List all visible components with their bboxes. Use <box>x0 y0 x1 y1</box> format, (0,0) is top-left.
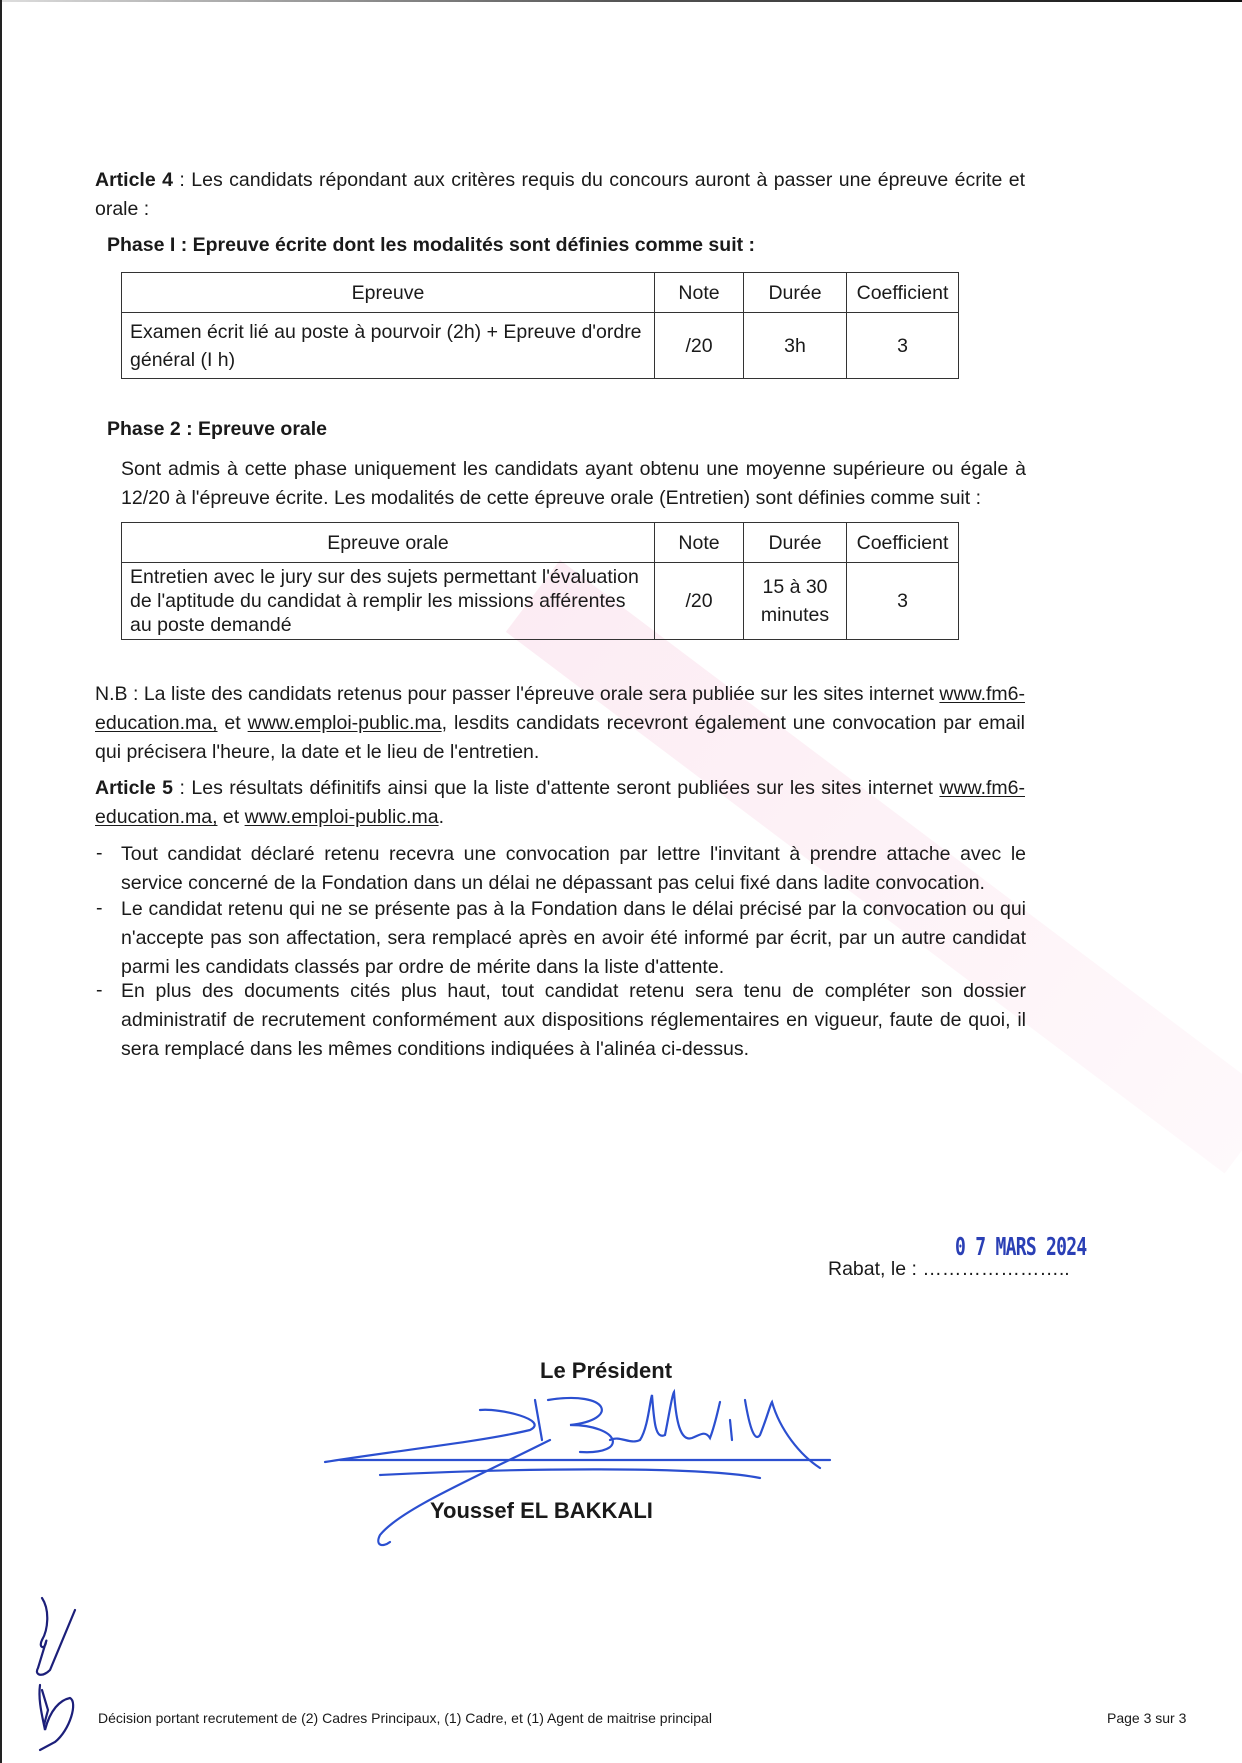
signatory-name: Youssef EL BAKKALI <box>430 1498 653 1524</box>
nb-note: N.B : La liste des candidats retenus pou… <box>95 680 1025 767</box>
table-cell: 15 à 30 minutes <box>744 563 847 640</box>
link-emploi-public[interactable]: www.emploi-public.ma <box>245 806 439 828</box>
article-4: Article 4 : Les candidats répondant aux … <box>95 166 1025 224</box>
list-item: Le candidat retenu qui ne se présente pa… <box>121 895 1026 982</box>
table-cell: Entretien avec le jury sur des sujets pe… <box>122 563 655 640</box>
table-header: Durée <box>744 523 847 563</box>
table-row: Examen écrit lié au poste à pourvoir (2h… <box>122 313 959 379</box>
signature-icon <box>320 1380 920 1560</box>
place-date-line: Rabat, le : ………………….. <box>828 1255 1070 1284</box>
bullet-marker: - <box>96 897 103 920</box>
article-5-text: : Les résultats définitifs ainsi que la … <box>173 777 939 799</box>
table-header-row: Epreuve orale Note Durée Coefficient <box>122 523 959 563</box>
bullet-marker: - <box>96 842 103 865</box>
phase-2-table: Epreuve orale Note Durée Coefficient Ent… <box>121 522 959 640</box>
footer-text: Décision portant recrutement de (2) Cadr… <box>98 1710 712 1726</box>
phase-1-table: Epreuve Note Durée Coefficient Examen éc… <box>121 272 959 379</box>
table-cell: 3h <box>744 313 847 379</box>
table-header-row: Epreuve Note Durée Coefficient <box>122 273 959 313</box>
table-cell: 3 <box>847 563 959 640</box>
phase-2-intro: Sont admis à cette phase uniquement les … <box>121 455 1026 513</box>
table-header: Note <box>655 273 744 313</box>
phase-2-title: Phase 2 : Epreuve orale <box>107 415 327 444</box>
nb-text: : La liste des candidats retenus pour pa… <box>128 683 940 705</box>
table-cell: 3 <box>847 313 959 379</box>
table-cell: Examen écrit lié au poste à pourvoir (2h… <box>122 313 655 379</box>
table-header: Durée <box>744 273 847 313</box>
article-4-label: Article 4 <box>95 169 173 191</box>
page-number: Page 3 sur 3 <box>1107 1710 1186 1726</box>
article-4-text: : Les candidats répondant aux critères r… <box>95 169 1025 220</box>
article-5-label: Article 5 <box>95 777 173 799</box>
nb-text: et <box>218 712 248 734</box>
article-5-text: . <box>439 806 444 828</box>
list-item: En plus des documents cités plus haut, t… <box>121 977 1026 1064</box>
page-edge-left <box>0 0 2 1763</box>
phase-1-title: Phase I : Epreuve écrite dont les modali… <box>107 231 755 260</box>
place-label: Rabat, le : <box>828 1258 922 1280</box>
nb-label: N.B <box>95 683 128 705</box>
table-cell: /20 <box>655 313 744 379</box>
bullet-marker: - <box>96 979 103 1002</box>
table-header: Note <box>655 523 744 563</box>
page-edge-top <box>0 0 1242 2</box>
table-header: Coefficient <box>847 273 959 313</box>
table-row: Entretien avec le jury sur des sujets pe… <box>122 563 959 640</box>
article-5-text: et <box>218 806 245 828</box>
table-header: Coefficient <box>847 523 959 563</box>
date-dots: ………………….. <box>922 1258 1069 1280</box>
table-header: Epreuve <box>122 273 655 313</box>
initials-icon <box>20 1590 100 1760</box>
list-item: Tout candidat déclaré retenu recevra une… <box>121 840 1026 898</box>
table-header: Epreuve orale <box>122 523 655 563</box>
table-cell: /20 <box>655 563 744 640</box>
article-5: Article 5 : Les résultats définitifs ain… <box>95 774 1025 832</box>
link-emploi-public[interactable]: www.emploi-public.ma <box>248 712 442 734</box>
